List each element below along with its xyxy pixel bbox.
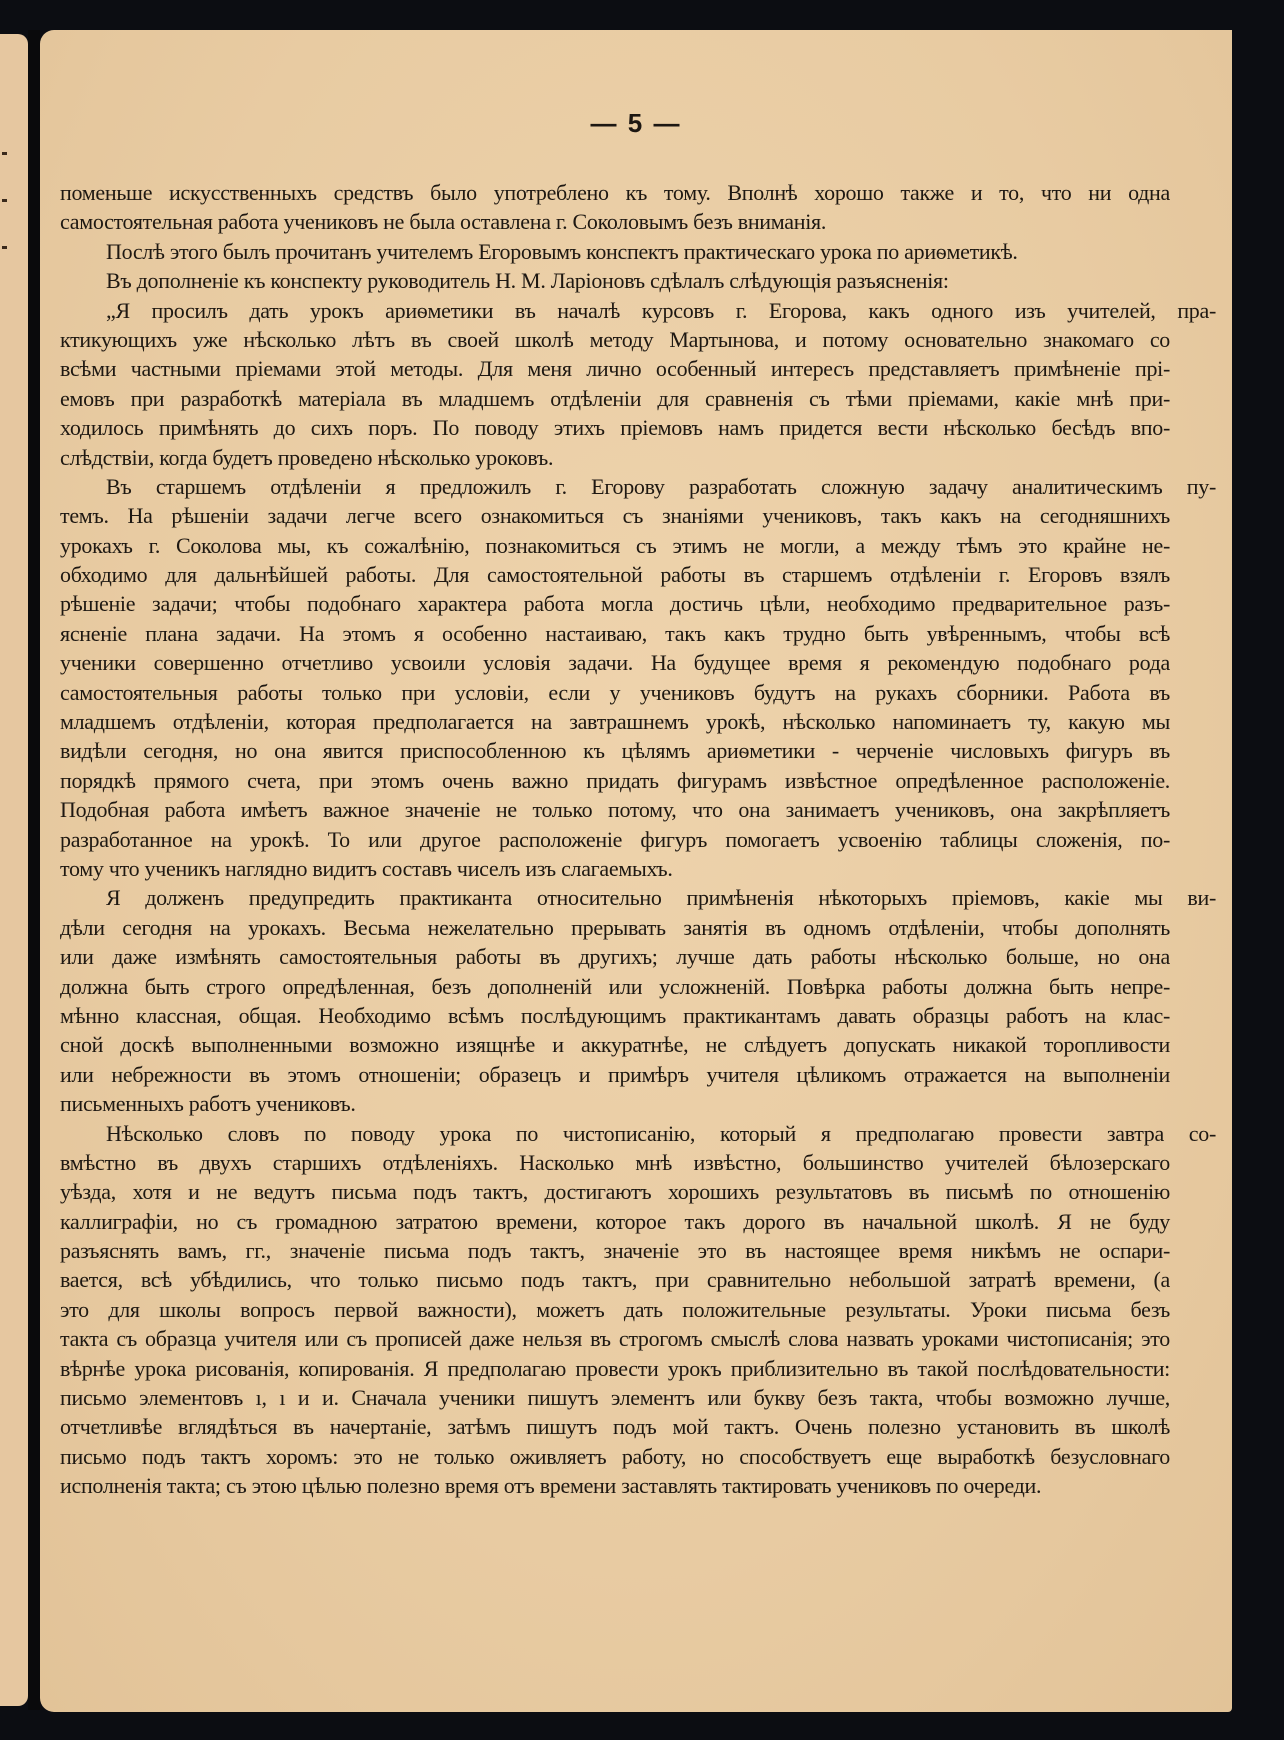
text-line: урокахъ г. Соколова мы, къ сожалѣнію, по… bbox=[60, 531, 1170, 560]
text-line: вмѣстно въ двухъ старшихъ отдѣленіяхъ. Н… bbox=[60, 1148, 1170, 1177]
text-line: разработанное на урокѣ. То или другое ра… bbox=[60, 825, 1170, 854]
text-line: тому что ученикъ наглядно видитъ составъ… bbox=[60, 854, 1170, 883]
paragraph: Послѣ этого былъ прочитанъ учителемъ Его… bbox=[60, 237, 1170, 266]
text-line: это для школы вопросъ первой важности), … bbox=[60, 1295, 1170, 1324]
text-line: дѣли сегодня на урокахъ. Весьма нежелате… bbox=[60, 913, 1170, 942]
text-line: должна быть строго опредѣленная, безъ до… bbox=[60, 972, 1170, 1001]
adjacent-page-mark bbox=[2, 152, 7, 155]
text-line: темъ. На рѣшеніи задачи легче всего озна… bbox=[60, 501, 1170, 530]
paragraph: „Я просилъ дать урокъ ариѳметики въ нача… bbox=[60, 296, 1170, 472]
text-line: или даже измѣнять самостоятельныя работы… bbox=[60, 942, 1170, 971]
text-line: письмо элементовъ ı, ı и и. Сначала учен… bbox=[60, 1383, 1170, 1412]
body-text: поменьше искусственныхъ средствъ было уп… bbox=[60, 178, 1170, 1501]
text-line: Послѣ этого былъ прочитанъ учителемъ Его… bbox=[60, 237, 1216, 266]
text-line: видѣли сегодня, но она явится приспособл… bbox=[60, 736, 1170, 765]
text-line: сной доскѣ выполненными возможно изящнѣе… bbox=[60, 1030, 1170, 1059]
text-line: мѣнно классная, общая. Необходимо всѣмъ … bbox=[60, 1001, 1170, 1030]
text-line: самостоятельная работа учениковъ не была… bbox=[60, 207, 1170, 236]
text-line: письмо подъ тактъ хоромъ: это не только … bbox=[60, 1442, 1170, 1471]
text-line: или небрежности въ этомъ отношеніи; обра… bbox=[60, 1060, 1170, 1089]
text-line: уѣзда, хотя и не ведутъ письма подъ такт… bbox=[60, 1177, 1170, 1206]
adjacent-page-edge bbox=[0, 34, 28, 1706]
text-line: каллиграфіи, но съ громадною затратою вр… bbox=[60, 1207, 1170, 1236]
text-line: Я долженъ предупредить практиканта относ… bbox=[60, 883, 1216, 912]
text-line: ходилось примѣнять до сихъ поръ. По пово… bbox=[60, 413, 1170, 442]
text-line: ктикующихъ уже нѣсколько лѣтъ въ своей ш… bbox=[60, 325, 1170, 354]
adjacent-page-mark bbox=[2, 199, 7, 202]
adjacent-page-mark bbox=[2, 246, 7, 249]
paragraph: Я долженъ предупредить практиканта относ… bbox=[60, 883, 1170, 1118]
text-line: слѣдствіи, когда будетъ проведено нѣскол… bbox=[60, 443, 1170, 472]
paragraph: Въ старшемъ отдѣленіи я предложилъ г. Ег… bbox=[60, 472, 1170, 883]
text-line: ясненіе плана задачи. На этомъ я особенн… bbox=[60, 619, 1170, 648]
text-line: разъяснять вамъ, гг., значеніе письма по… bbox=[60, 1236, 1170, 1265]
text-line: самостоятельныя работы только при услові… bbox=[60, 678, 1170, 707]
text-line: такта съ образца учителя или съ прописей… bbox=[60, 1324, 1170, 1353]
text-line: „Я просилъ дать урокъ ариѳметики въ нача… bbox=[60, 296, 1216, 325]
book-gutter bbox=[28, 30, 40, 1710]
text-line: отчетливѣе вглядѣться въ начертаніе, зат… bbox=[60, 1412, 1170, 1441]
text-line: письменныхъ работъ учениковъ. bbox=[60, 1089, 1170, 1118]
text-line: вается, всѣ убѣдились, что только письмо… bbox=[60, 1265, 1170, 1294]
text-line: Подобная работа имѣетъ важное значеніе н… bbox=[60, 795, 1170, 824]
text-line: Нѣсколько словъ по поводу урока по чисто… bbox=[60, 1119, 1216, 1148]
text-line: вѣрнѣе урока рисованія, копированія. Я п… bbox=[60, 1354, 1170, 1383]
text-line: рѣшеніе задачи; чтобы подобнаго характер… bbox=[60, 589, 1170, 618]
text-line: всѣми частными пріемами этой методы. Для… bbox=[60, 354, 1170, 383]
text-line: Въ дополненіе къ конспекту руководитель … bbox=[60, 266, 1216, 295]
text-line: обходимо для дальнѣйшей работы. Для само… bbox=[60, 560, 1170, 589]
paragraph: поменьше искусственныхъ средствъ было уп… bbox=[60, 178, 1170, 237]
text-line: емовъ при разработкѣ матеріала въ младше… bbox=[60, 384, 1170, 413]
text-line: порядкѣ прямого счета, при этомъ очень в… bbox=[60, 766, 1170, 795]
text-line: младшемъ отдѣленіи, которая предполагает… bbox=[60, 707, 1170, 736]
text-line: Въ старшемъ отдѣленіи я предложилъ г. Ег… bbox=[60, 472, 1216, 501]
text-line: ученики совершенно отчетливо усвоили усл… bbox=[60, 648, 1170, 677]
text-line: поменьше искусственныхъ средствъ было уп… bbox=[60, 178, 1170, 207]
page-number: — 5 — bbox=[40, 108, 1232, 139]
paragraph: Въ дополненіе къ конспекту руководитель … bbox=[60, 266, 1170, 295]
book-page: — 5 — поменьше искусственныхъ средствъ б… bbox=[40, 30, 1232, 1712]
text-line: исполненія такта; съ этою цѣлью полезно … bbox=[60, 1471, 1170, 1500]
paragraph: Нѣсколько словъ по поводу урока по чисто… bbox=[60, 1119, 1170, 1501]
